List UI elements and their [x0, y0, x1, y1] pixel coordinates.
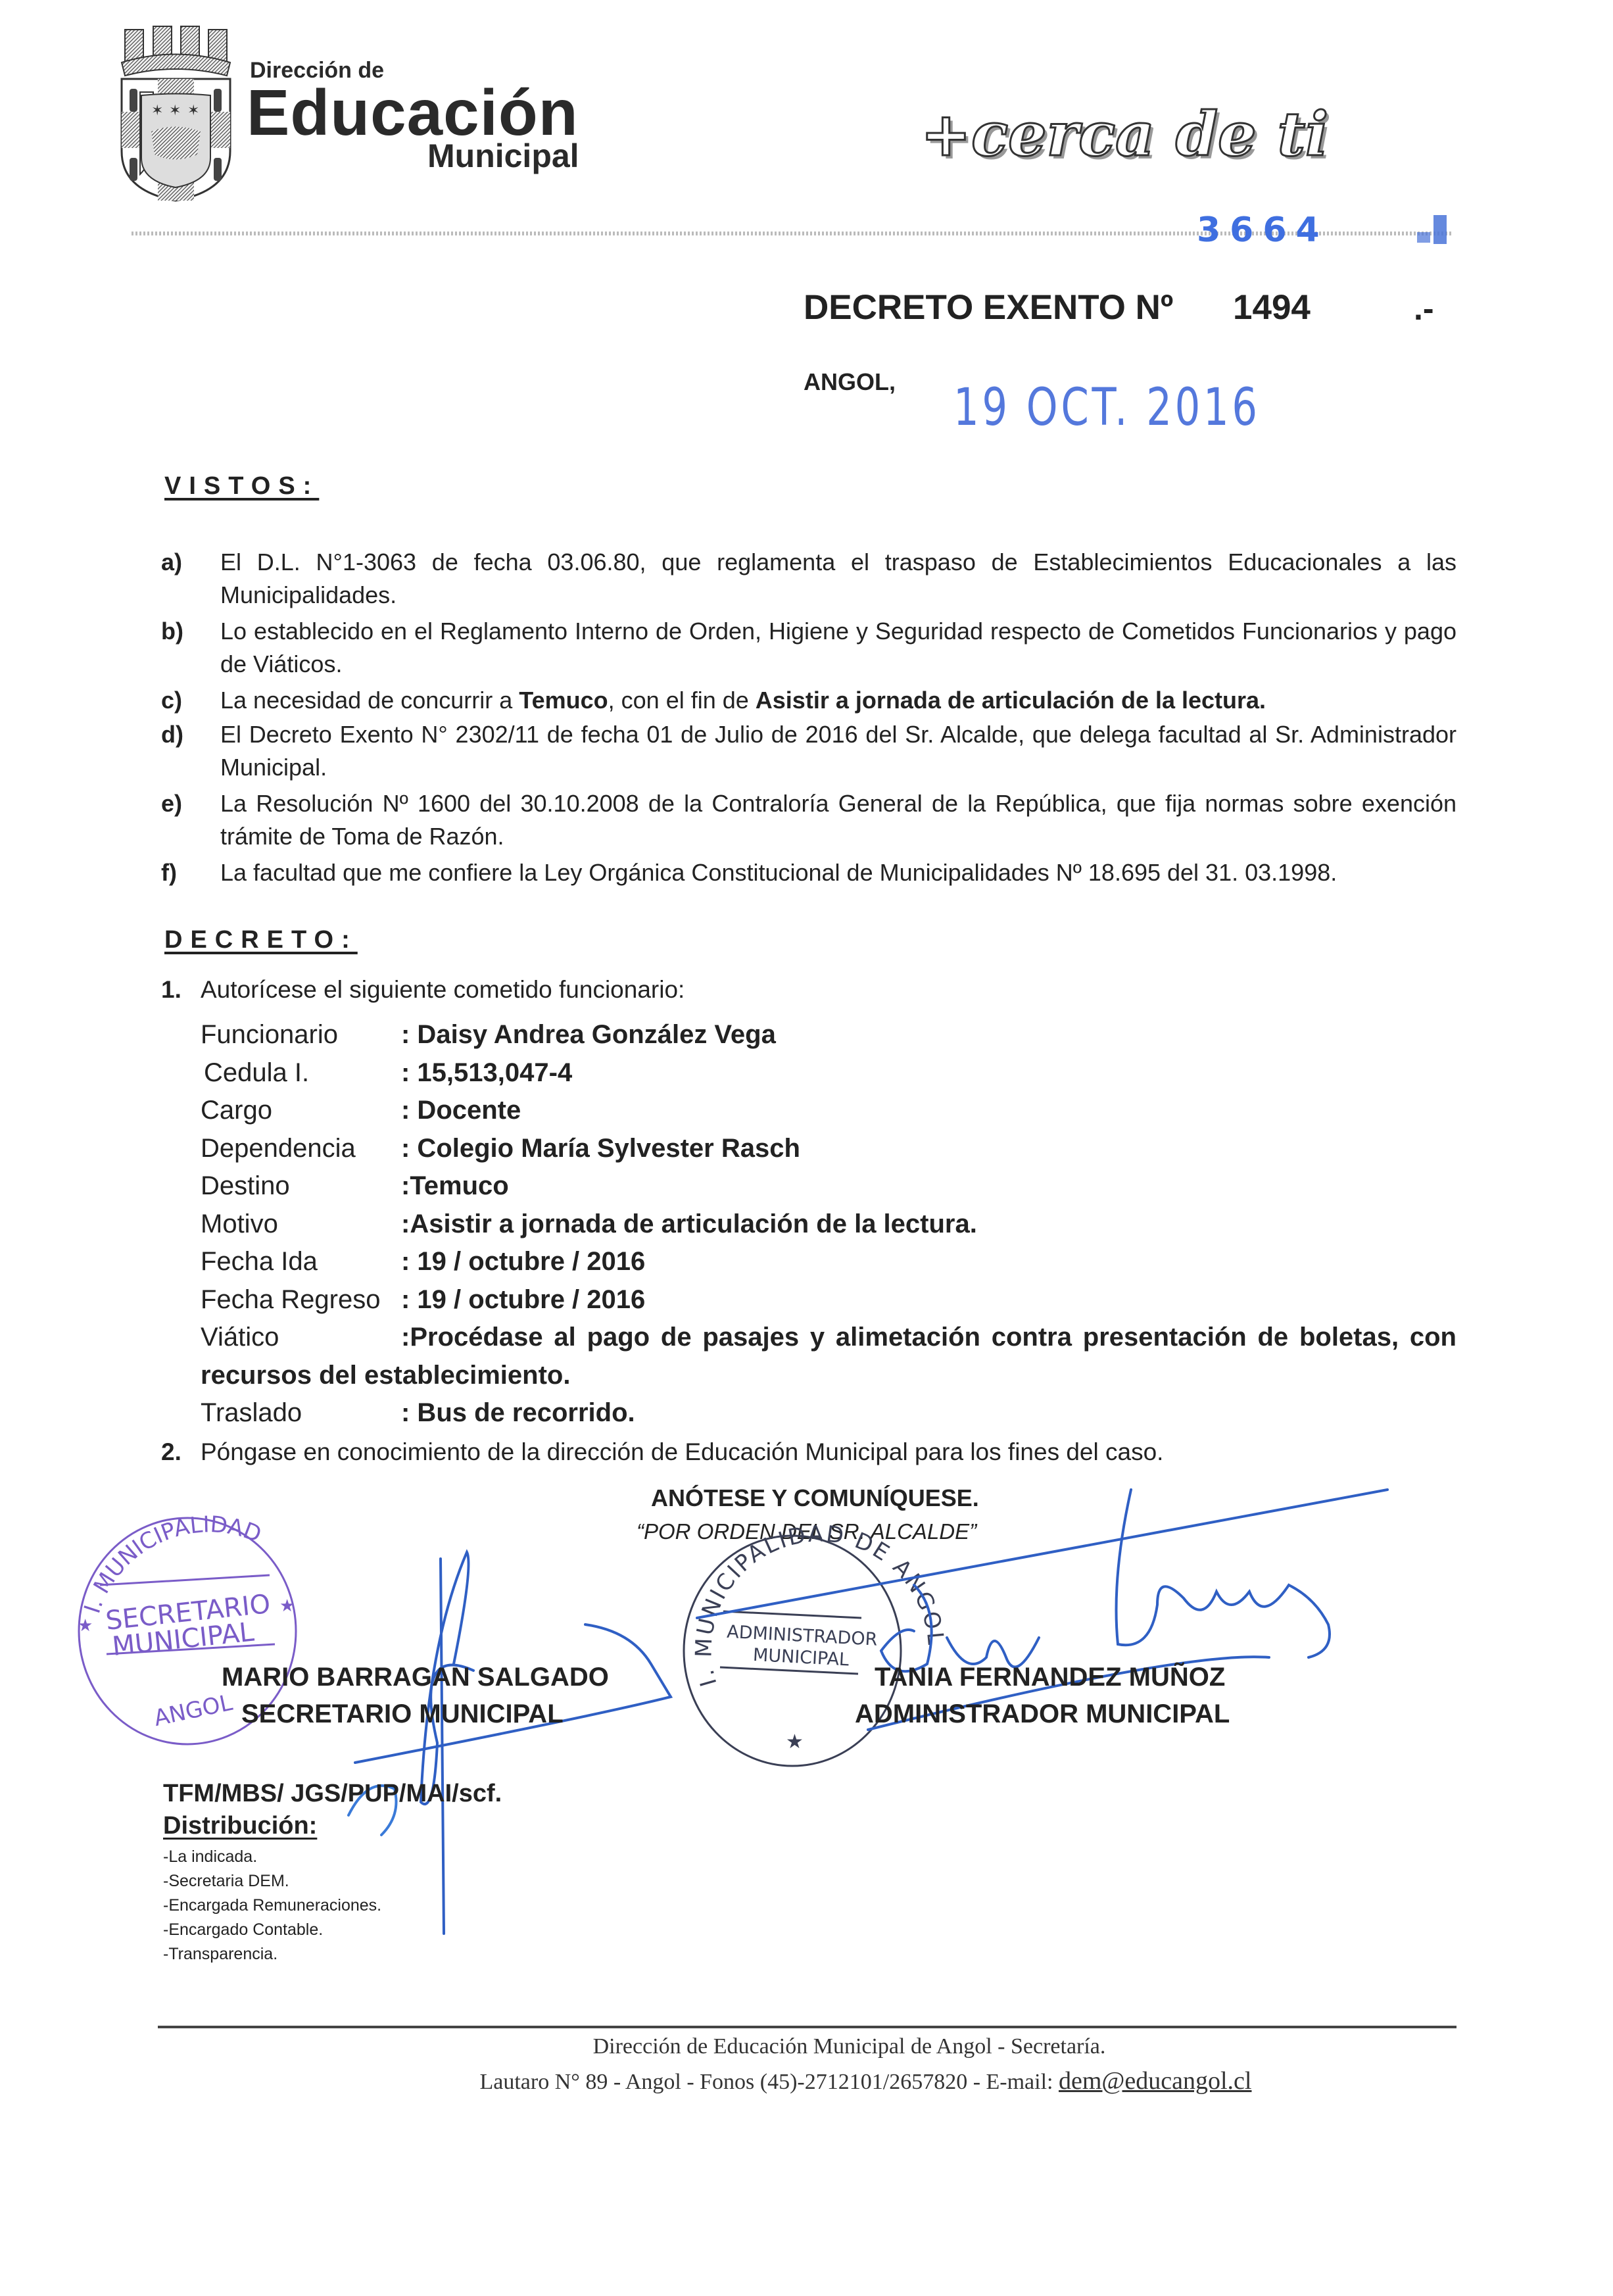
reference-initials: TFM/MBS/ JGS/PUP/MAI/scf. [163, 1780, 502, 1808]
item-label: d) [161, 718, 183, 751]
item-text: La necesidad de concurrir a Temuco, con … [220, 684, 1457, 717]
decree-number: 1494 [1233, 287, 1311, 328]
org-name-line3: Municipal [427, 137, 579, 175]
item-label: a) [161, 546, 182, 579]
svg-text:★: ★ [78, 1616, 93, 1636]
svg-text:I. MUNICIPALIDAD: I. MUNICIPALIDAD [79, 1511, 264, 1617]
list-item: -Encargada Remuneraciones. [163, 1893, 381, 1918]
item-label: f) [161, 856, 177, 889]
footer-email-link[interactable]: dem@educangol.cl [1059, 2067, 1252, 2095]
city-label: ANGOL, [804, 368, 896, 396]
svg-text:ADMINISTRADOR: ADMINISTRADOR [727, 1622, 879, 1650]
vistos-item-a: a) El D.L. N°1-3063 de fecha 03.06.80, q… [161, 546, 1457, 612]
decree-suffix: .- [1414, 289, 1434, 328]
item-label: e) [161, 787, 182, 820]
closing-por-orden: “POR ORDEN DEL SR. ALCALDE” [637, 1519, 976, 1544]
vistos-item-b: b) Lo establecido en el Reglamento Inter… [161, 615, 1457, 681]
item-label: c) [161, 684, 182, 717]
svg-text:MUNICIPAL: MUNICIPAL [752, 1645, 850, 1671]
svg-text:★: ★ [279, 1596, 295, 1616]
svg-text:✶: ✶ [169, 102, 181, 118]
item-text: Lo establecido en el Reglamento Interno … [220, 615, 1457, 681]
list-item: -La indicada. [163, 1845, 381, 1869]
field-row-viatico: Viático:Procédase al pago de pasajes y a… [201, 1319, 1457, 1394]
distribution-heading: Distribución: [163, 1812, 317, 1840]
item-text: El D.L. N°1-3063 de fecha 03.06.80, que … [220, 546, 1457, 612]
signatory-name: MARIO BARRAGAN SALGADO [222, 1659, 609, 1696]
footer-contact: Lautaro N° 89 - Angol - Fonos (45)-27121… [0, 2066, 1613, 2095]
signatory-name: TANIA FERNANDEZ MUÑOZ [855, 1659, 1230, 1696]
signature-block-secretario: MARIO BARRAGAN SALGADO SECRETARIO MUNICI… [222, 1659, 609, 1732]
viatico-label: Viático [201, 1319, 401, 1357]
decree-title: DECRETO EXENTO Nº [804, 287, 1173, 328]
municipal-coat-of-arms-icon: ✶ ✶ ✶ [115, 23, 237, 204]
distribution-list: -La indicada. -Secretaria DEM. -Encargad… [163, 1845, 381, 1966]
svg-text:✶: ✶ [151, 102, 163, 118]
svg-text:MUNICIPAL: MUNICIPAL [110, 1617, 256, 1661]
registry-number-stamp: 3664 [1197, 210, 1329, 250]
svg-text:SECRETARIO: SECRETARIO [104, 1589, 272, 1636]
decreto-heading: DECRETO: [164, 926, 358, 954]
svg-text:★: ★ [786, 1730, 804, 1753]
footer-divider [158, 2026, 1457, 2028]
vistos-item-d: d) El Decreto Exento N° 2302/11 de fecha… [161, 718, 1457, 784]
signature-block-administrador: TANIA FERNANDEZ MUÑOZ ADMINISTRADOR MUNI… [855, 1659, 1230, 1732]
item-label: b) [161, 615, 183, 648]
date-stamp: 19 OCT. 2016 [953, 378, 1261, 437]
closing-anotese: ANÓTESE Y COMUNÍQUESE. [651, 1484, 979, 1512]
list-item: -Transparencia. [163, 1942, 381, 1966]
signatory-title: SECRETARIO MUNICIPAL [222, 1696, 609, 1732]
svg-text:✶: ✶ [187, 102, 199, 118]
signatory-title: ADMINISTRADOR MUNICIPAL [855, 1696, 1230, 1732]
item-text: El Decreto Exento N° 2302/11 de fecha 01… [220, 718, 1457, 784]
list-item: -Secretaria DEM. [163, 1869, 381, 1893]
decreto-point-1: 1. Autorícese el siguiente cometido func… [161, 973, 1457, 1006]
slogan: +cerca de ti [921, 99, 1328, 170]
decreto-point-2: 2. Póngase en conocimiento de la direcci… [161, 1436, 1457, 1469]
vistos-item-e: e) La Resolución Nº 1600 del 30.10.2008 … [161, 787, 1457, 853]
vistos-heading: VISTOS: [164, 472, 319, 501]
vistos-item-f: f) La facultad que me confiere la Ley Or… [161, 856, 1457, 889]
vistos-item-c: c) La necesidad de concurrir a Temuco, c… [161, 684, 1457, 717]
footer-address: Lautaro N° 89 - Angol - Fonos (45)-27121… [480, 2070, 1059, 2094]
item-text: La Resolución Nº 1600 del 30.10.2008 de … [220, 787, 1457, 853]
list-item: -Encargado Contable. [163, 1918, 381, 1942]
footer-office: Dirección de Educación Municipal de Ango… [0, 2034, 1613, 2059]
item-text: La facultad que me confiere la Ley Orgán… [220, 856, 1457, 889]
registry-stamp-mark-icon [1414, 214, 1450, 247]
